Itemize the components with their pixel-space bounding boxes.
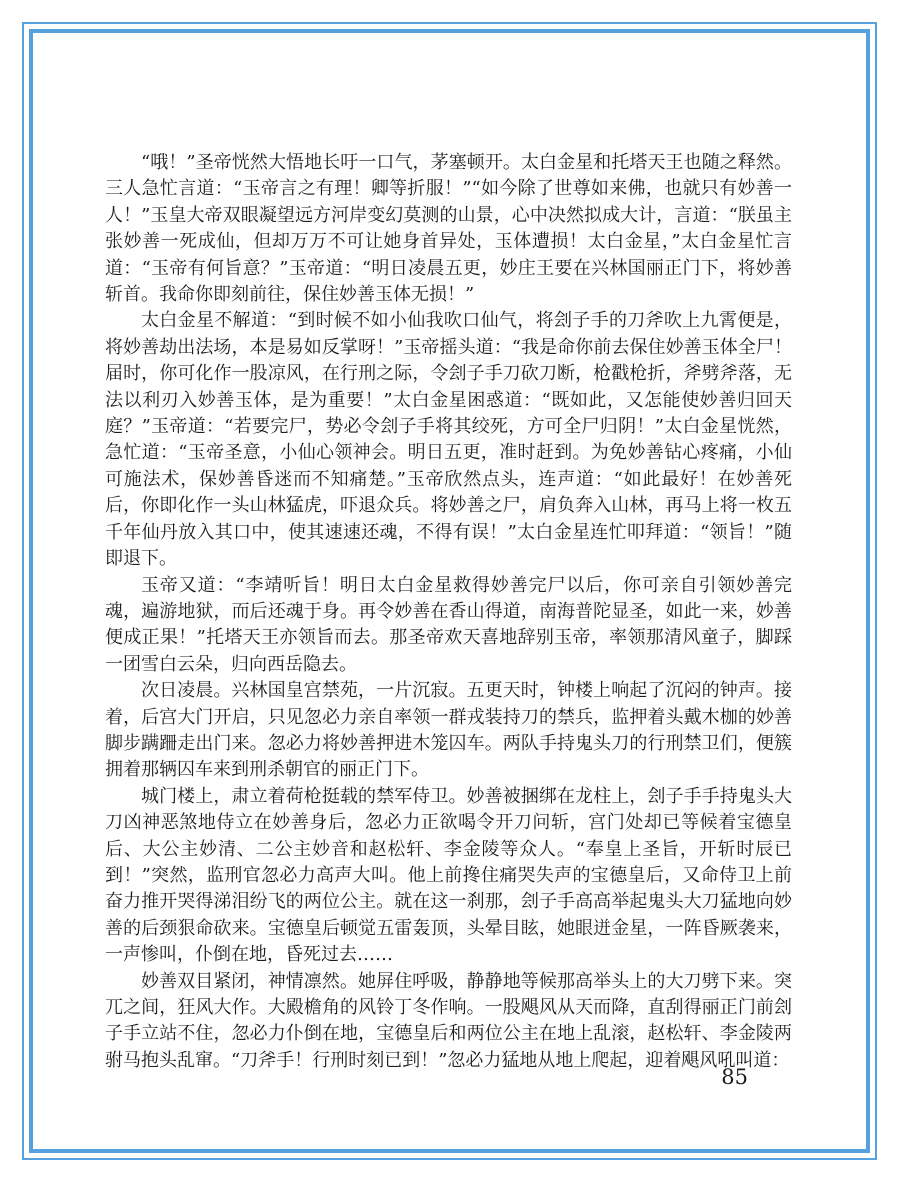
paragraph: 玉帝又道：“李靖听旨！明日太白金星救得妙善完尸以后，你可亲自引领妙善完魂，遍游地…	[105, 573, 792, 679]
page-text: “哦！”圣帝恍然大悟地长吁一口气，茅塞顿开。太白金星和托塔天王也随之释然。三人急…	[105, 150, 792, 1074]
book-page: “哦！”圣帝恍然大悟地长吁一口气，茅塞顿开。太白金星和托塔天王也随之释然。三人急…	[0, 0, 900, 1184]
paragraph: 妙善双目紧闭，神情凛然。她屏住呼吸，静静地等候那高举头上的大刀劈下来。突兀之间，…	[105, 969, 792, 1075]
paragraph: “哦！”圣帝恍然大悟地长吁一口气，茅塞顿开。太白金星和托塔天王也随之释然。三人急…	[105, 150, 792, 308]
paragraph: 太白金星不解道：“到时候不如小仙我吹口仙气，将刽子手的刀斧吹上九霄便是，将妙善劫…	[105, 308, 792, 572]
paragraph: 次日凌晨。兴林国皇宫禁苑，一片沉寂。五更天时，钟楼上响起了沉闷的钟声。接着，后宫…	[105, 678, 792, 784]
page-number: 85	[721, 1064, 748, 1090]
paragraph: 城门楼上，肃立着荷枪挺载的禁军侍卫。妙善被捆绑在龙柱上，刽子手手持鬼头大刀凶神恶…	[105, 784, 792, 969]
